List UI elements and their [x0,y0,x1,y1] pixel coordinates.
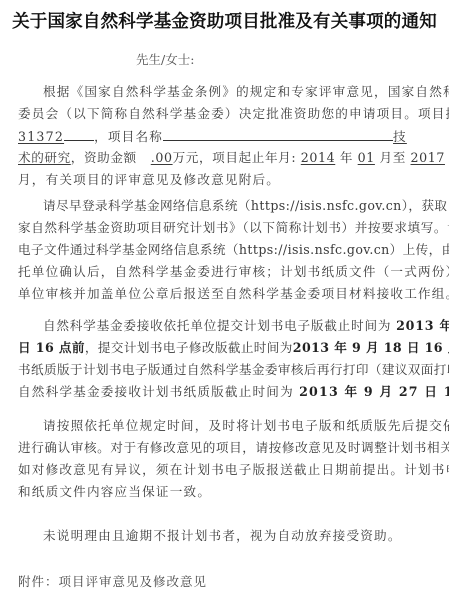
text-line: 书纸质版于计划书电子版通过自然科学基金委审核后再行打印（建议双面打印）， [18,362,449,378]
deadline-text: ，提交计划书电子修改版截止时间为 [85,340,293,355]
deadline-date: 2013 年 9 月 27 日 16 点前 [299,384,449,399]
text-line: 月，有关项目的评审意见及修改意见附后。 [18,172,280,188]
text-line: 未说明理由且逾期不报计划书者，视为自动放弃接受资助。 [18,528,402,544]
project-name-tail: 技 [393,129,407,144]
funding-amount: .00 [137,150,173,165]
project-name-label: ，项目名称 [94,129,163,144]
text-line: 家自然科学基金资助项目研究计划书》（以下简称计划书）并按要求填写。计划书 [18,220,449,236]
deadline-text: 自然科学基金委接收依托单位提交计划书电子版截止时间为 [43,318,391,333]
approval-number-redacted [64,128,94,141]
text-line: 日 16 点前，提交计划书电子修改版截止时间为2013 年 9 月 18 日 1… [18,340,449,356]
text-line: 和纸质文件内容应当保证一致。 [18,484,211,500]
text-line: 请按照依托单位规定时间，及时将计划书电子版和纸质版先后提交依托单位 [18,418,449,434]
end-year: 2017 [411,150,445,165]
text-line: 单位审核并加盖单位公章后报送至自然科学基金委项目材料接收工作组。 [18,286,449,302]
text-line: 如对修改意见有异议，须在计划书电子版报送截止日期前提出。计划书电子文件 [18,462,449,478]
text-line: 电子文件通过科学基金网络信息系统（https://isis.nsfc.gov.c… [18,242,449,258]
deadline-date: 日 16 点前 [18,340,85,355]
funding-label: ，资助金额 [71,150,137,165]
text-line: 根据《国家自然科学基金条例》的规定和专家评审意见，国家自然科学基金 [18,84,449,100]
text-line: 请尽早登录科学基金网络信息系统（https://isis.nsfc.gov.cn… [18,198,449,214]
year-label: 年 [340,150,353,165]
deadline-date: 2013 年 9 月 11 [396,318,449,333]
approval-number: 31372 [18,129,64,144]
document-title: 关于国家自然科学基金资助项目批准及有关事项的通知 [0,8,449,33]
month-to-label: 月至 [380,150,406,165]
text-line: 进行确认审核。对于有修改意见的项目，请按修改意见及时调整计划书相关内容； [18,440,449,456]
text-line: 自然科学基金委接收计划书纸质版截止时间为 2013 年 9 月 27 日 16 … [18,384,449,400]
text-line: 托单位确认后，自然科学基金委进行审核；计划书纸质文件（一式两份）由依托 [18,264,449,280]
deadline-date: 2013 年 9 月 18 日 16 点前 [293,340,449,355]
text-line: 术的研究，资助金额.00万元，项目起止年月: 2014 年 01 月至 2017… [18,150,449,166]
text-line: 委员会（以下简称自然科学基金委）决定批准资助您的申请项目。项目批准号: [18,106,449,122]
start-month: 01 [358,150,375,165]
salutation: 先生/女士: [136,50,194,68]
project-name-redacted [163,128,393,141]
funding-unit: 万元，项目起止年月: [173,150,297,165]
attachment-note: 附件：项目评审意见及修改意见 [18,572,207,590]
start-year: 2014 [301,150,335,165]
text-line: 31372，项目名称技 [18,128,407,145]
deadline-text: 自然科学基金委接收计划书纸质版截止时间为 [18,384,294,399]
project-name-end: 术的研究 [18,150,71,165]
text-line: 自然科学基金委接收依托单位提交计划书电子版截止时间为 2013 年 9 月 11 [18,318,449,334]
